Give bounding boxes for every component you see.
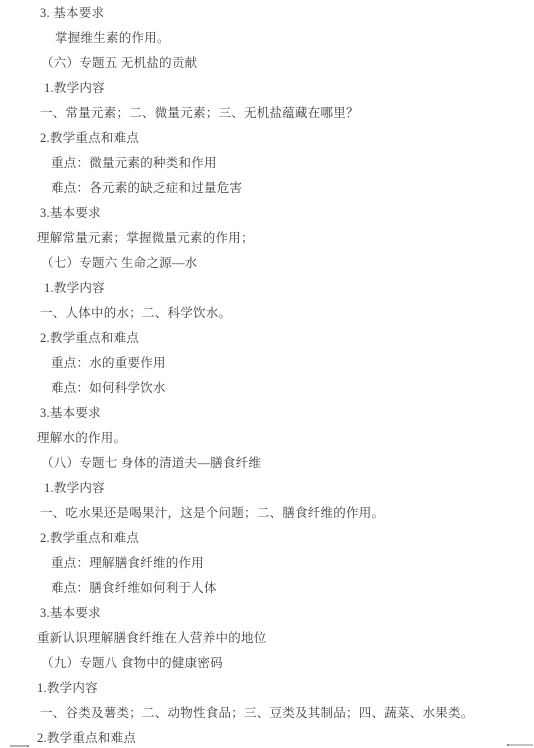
doc-line-topic5-heading: （六）专题五 无机盐的贡献 bbox=[0, 51, 534, 76]
doc-line-teaching-content: 1.教学内容 bbox=[0, 676, 534, 701]
doc-line-basic-requirements: 3.基本要求 bbox=[0, 601, 534, 626]
doc-line-teaching-content: 1.教学内容 bbox=[0, 76, 534, 101]
doc-line-key-difficult-points: 2.教学重点和难点 bbox=[0, 126, 534, 151]
doc-line-key-difficult-points: 2.教学重点和难点 bbox=[0, 526, 534, 551]
doc-line-enumeration: 一、吃水果还是喝果汁，这是个问题；二、膳食纤维的作用。 bbox=[0, 501, 534, 526]
doc-line-enumeration: 一、人体中的水；二、科学饮水。 bbox=[0, 301, 534, 326]
doc-line-body: 理解水的作用。 bbox=[0, 426, 534, 451]
doc-line-teaching-content: 1.教学内容 bbox=[0, 476, 534, 501]
doc-line-body: 掌握维生素的作用。 bbox=[0, 26, 534, 51]
doc-line-enumeration: 一、谷类及薯类；二、动物性食品；三、豆类及其制品；四、蔬菜、水果类。 bbox=[0, 701, 534, 726]
doc-line-key-difficult-points: 2.教学重点和难点 bbox=[0, 726, 534, 748]
doc-line-difficult-point: 难点：各元素的缺乏症和过量危害 bbox=[0, 176, 534, 201]
doc-line-difficult-point: 难点：膳食纤维如何利于人体 bbox=[0, 576, 534, 601]
doc-line-basic-requirements: 3. 基本要求 bbox=[0, 1, 534, 26]
doc-line-topic8-heading: （九）专题八 食物中的健康密码 bbox=[0, 651, 534, 676]
doc-line-key-difficult-points: 2.教学重点和难点 bbox=[0, 326, 534, 351]
doc-line-difficult-point: 难点：如何科学饮水 bbox=[0, 376, 534, 401]
doc-line-topic7-heading: （八）专题七 身体的清道夫—膳食纤维 bbox=[0, 451, 534, 476]
document-page: 3. 基本要求 掌握维生素的作用。 （六）专题五 无机盐的贡献 1.教学内容 一… bbox=[0, 0, 534, 748]
doc-line-teaching-content: 1.教学内容 bbox=[0, 276, 534, 301]
table-border-fragment-right bbox=[507, 744, 533, 746]
table-border-fragment-left bbox=[10, 745, 29, 747]
doc-line-topic6-heading: （七）专题六 生命之源—水 bbox=[0, 251, 534, 276]
doc-line-body: 重新认识理解膳食纤维在人营养中的地位 bbox=[0, 626, 534, 651]
doc-line-key-point: 重点：理解膳食纤维的作用 bbox=[0, 551, 534, 576]
doc-line-body: 理解常量元素；掌握微量元素的作用； bbox=[0, 226, 534, 251]
doc-line-key-point: 重点：水的重要作用 bbox=[0, 351, 534, 376]
doc-line-basic-requirements: 3.基本要求 bbox=[0, 201, 534, 226]
doc-line-enumeration: 一、常量元素；二、微量元素；三、无机盐蕴藏在哪里？ bbox=[0, 101, 534, 126]
doc-line-key-point: 重点：微量元素的种类和作用 bbox=[0, 151, 534, 176]
doc-line-basic-requirements: 3.基本要求 bbox=[0, 401, 534, 426]
